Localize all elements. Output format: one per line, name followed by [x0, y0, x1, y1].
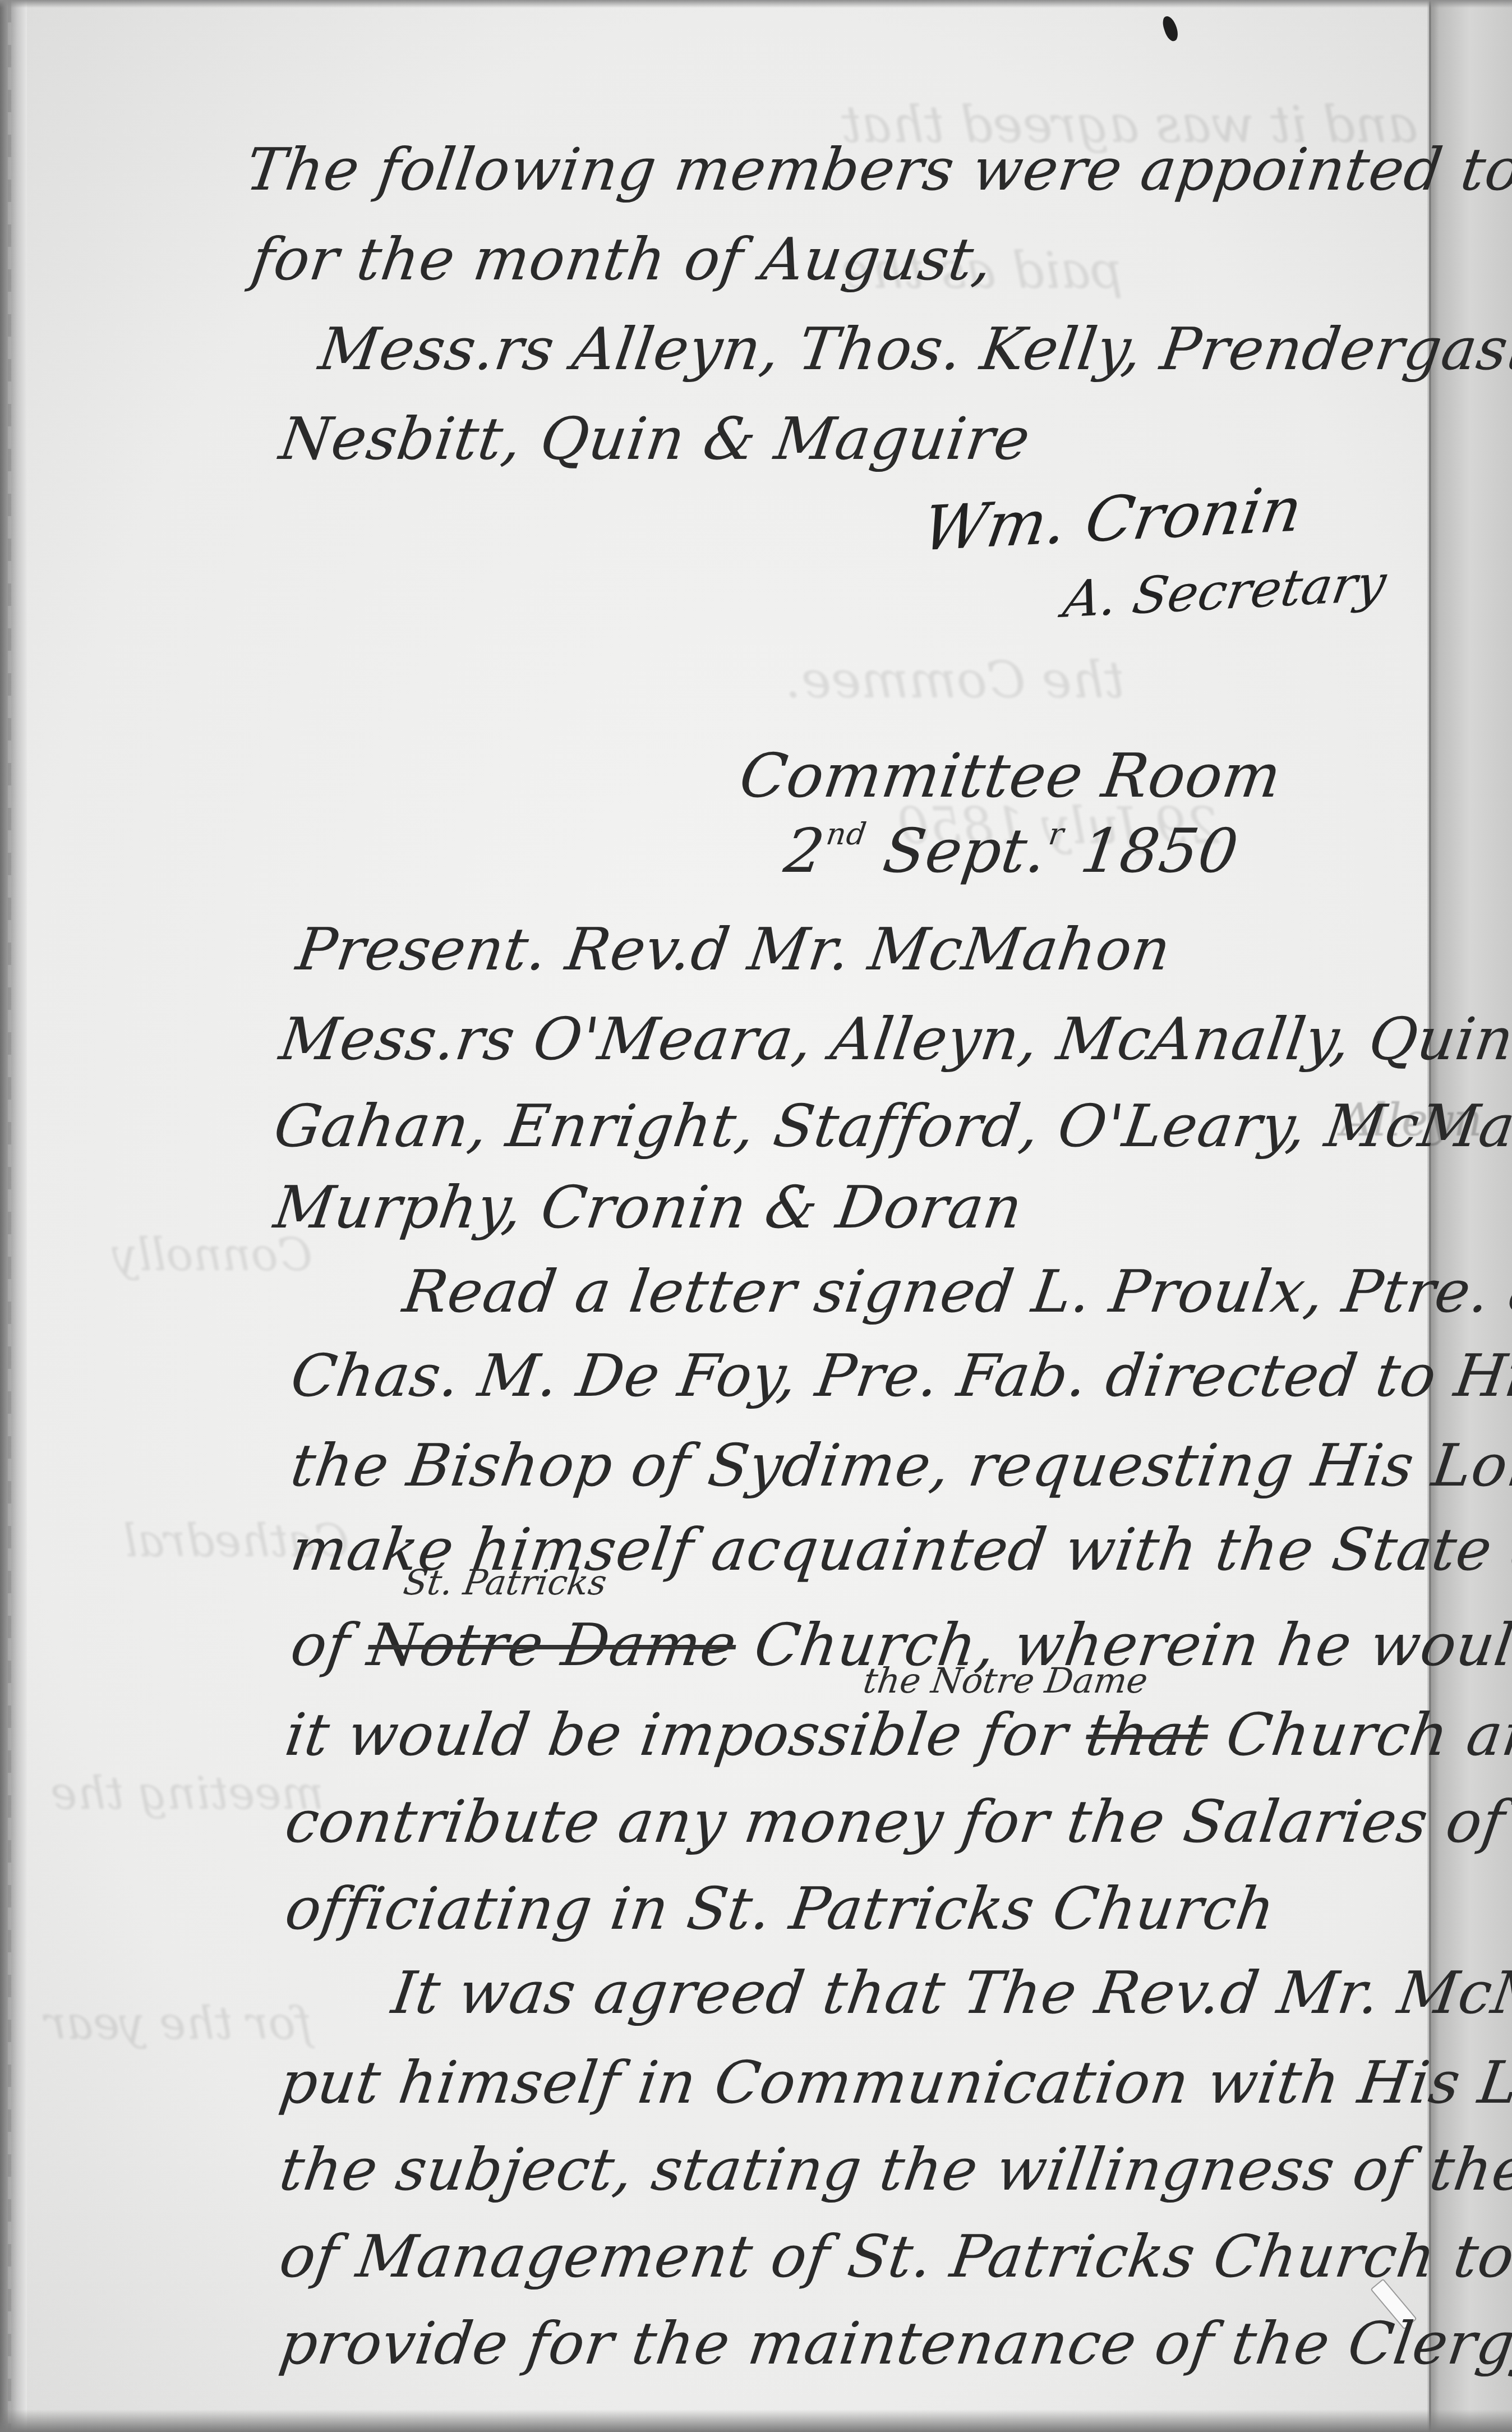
- letter-line-1: Read a letter signed L. Proulx, Ptre. &: [400, 1262, 1512, 1321]
- insertion-st-patricks: St. Patricks: [402, 1565, 609, 1600]
- letter-line-6: it would be impossible for that Church a…: [282, 1705, 1512, 1764]
- present-chair: Rev.d Mr. McMahon: [561, 915, 1175, 983]
- resolution-line-3: the subject, stating the willingness of …: [276, 2140, 1512, 2199]
- date-month: Sept.: [879, 816, 1051, 886]
- struck-that: that: [1082, 1700, 1213, 1769]
- letter-line-7: contribute any money for the Salaries of…: [282, 1792, 1512, 1851]
- resolution-line-4: of Management of St. Patricks Church to …: [276, 2227, 1512, 2286]
- attendees-line-3: Murphy, Cronin & Doran: [271, 1178, 1026, 1236]
- collectors-names-line-2: Nesbitt, Quin & Maguire: [276, 410, 1034, 468]
- manuscript-page: The following members were appointed to …: [0, 0, 1512, 2432]
- secretary-signature-name: Wm. Cronin: [919, 479, 1306, 560]
- present-label: Present.: [292, 915, 552, 983]
- meeting-date-heading: 2nd Sept.r 1850: [781, 819, 1242, 882]
- letter-line-6-rest: Church any longer to: [1222, 1700, 1512, 1769]
- collectors-line-2: for the month of August,: [248, 230, 997, 288]
- letter-line-3: the Bishop of Sydime, requesting His Lor…: [288, 1436, 1512, 1495]
- manuscript-scan: and it was agreed that paid as the the C…: [0, 0, 1512, 2432]
- resolution-line-5: provide for the maintenance of the Clerg…: [276, 2314, 1512, 2373]
- present-line: Present. Rev.d Mr. McMahon: [293, 920, 1174, 978]
- attendees-line-2: Gahan, Enright, Stafford, O'Leary, McMah…: [271, 1097, 1512, 1155]
- insertion-the-notre-dame: the Notre Dame: [861, 1663, 1150, 1698]
- resolution-line-2: put himself in Communication with His Lo…: [276, 2053, 1512, 2112]
- date-day-suffix: nd: [824, 816, 869, 852]
- struck-notre-dame: Notre Dame: [364, 1611, 741, 1679]
- resolution-line-1: It was agreed that The Rev.d Mr. McMahon…: [389, 1964, 1512, 2022]
- attendees-line-1: Mess.rs O'Meara, Alleyn, McAnally, Quinn…: [276, 1010, 1512, 1068]
- collectors-line-1: The following members were appointed to …: [243, 140, 1512, 199]
- word-of: of: [287, 1611, 354, 1679]
- collectors-names-line-1: Mess.rs Alleyn, Thos. Kelly, Prendergast: [316, 320, 1512, 378]
- letter-line-8: officiating in St. Patricks Church: [282, 1879, 1279, 1938]
- meeting-place-heading: Committee Room: [736, 746, 1285, 807]
- letter-line-6-start: it would be impossible for: [281, 1700, 1072, 1769]
- letter-line-2: Chas. M. De Foy, Pre. Fab. directed to H…: [288, 1346, 1512, 1405]
- date-day: 2: [780, 816, 829, 886]
- date-year: 1850: [1076, 816, 1242, 886]
- secretary-signature-title: A. Secretary: [1060, 558, 1389, 626]
